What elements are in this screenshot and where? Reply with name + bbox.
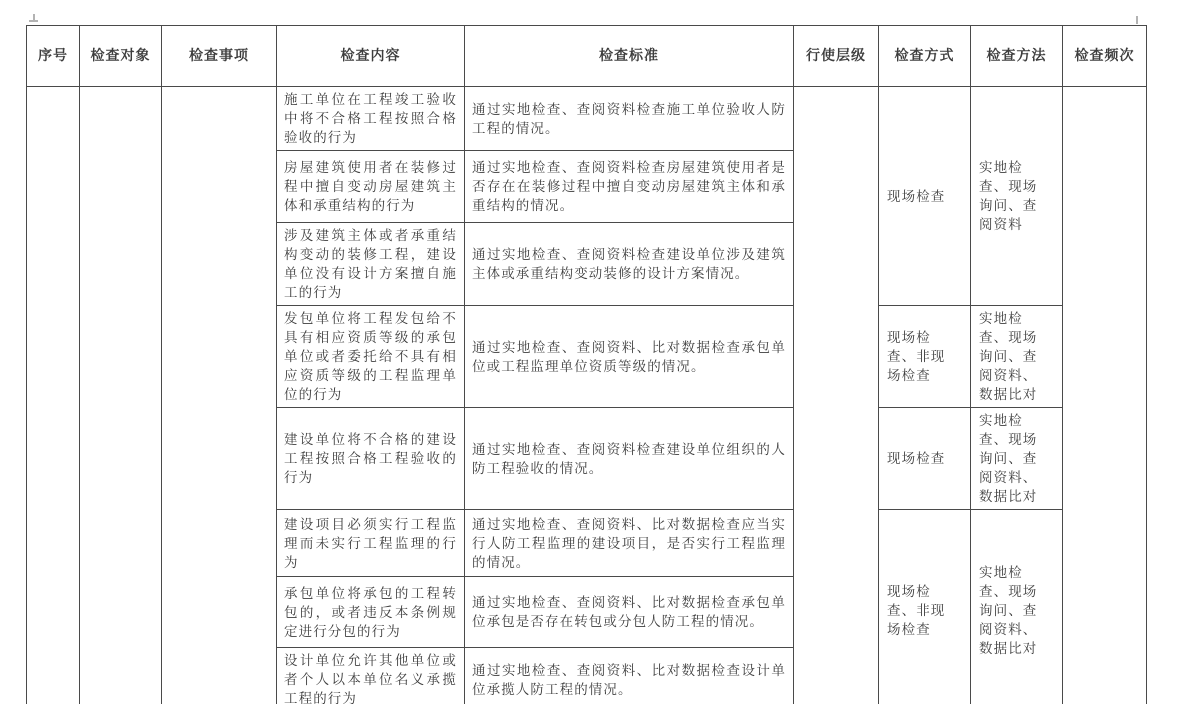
cell-content: 发包单位将工程发包给不具有相应资质等级的承包单位或者委托给不具有相应资质等级的工… bbox=[277, 306, 465, 408]
header-serial: 序号 bbox=[27, 26, 80, 87]
header-method: 检查方法 bbox=[971, 26, 1063, 87]
cell-standard: 通过实地检查、查阅资料检查建设单位组织的人防工程验收的情况。 bbox=[465, 408, 794, 510]
cell-mode-group-4: 现场检查、非现场检查 bbox=[879, 510, 971, 704]
cell-standard: 通过实地检查、查阅资料、比对数据检查承包单位或工程监理单位资质等级的情况。 bbox=[465, 306, 794, 408]
cell-item-merged bbox=[162, 87, 277, 704]
cell-method-group-1: 实地检查、现场询问、查阅资料 bbox=[971, 87, 1063, 306]
cell-standard: 通过实地检查、查阅资料检查房屋建筑使用者是否存在在装修过程中擅自变动房屋建筑主体… bbox=[465, 151, 794, 223]
header-item: 检查事项 bbox=[162, 26, 277, 87]
corner-tick-left-h bbox=[29, 20, 38, 22]
cell-method-group-4: 实地检查、现场询问、查阅资料、数据比对 bbox=[971, 510, 1063, 704]
cell-mode-group-1: 现场检查 bbox=[879, 87, 971, 306]
cell-standard: 通过实地检查、查阅资料检查施工单位验收人防工程的情况。 bbox=[465, 87, 794, 151]
cell-content: 涉及建筑主体或者承重结构变动的装修工程，建设单位没有设计方案擅自施工的行为 bbox=[277, 223, 465, 306]
cell-method-group-2: 实地检查、现场询问、查阅资料、数据比对 bbox=[971, 306, 1063, 408]
cell-serial-merged bbox=[27, 87, 80, 704]
cell-content: 房屋建筑使用者在装修过程中擅自变动房屋建筑主体和承重结构的行为 bbox=[277, 151, 465, 223]
header-frequency: 检查频次 bbox=[1063, 26, 1147, 87]
cell-content: 施工单位在工程竣工验收中将不合格工程按照合格验收的行为 bbox=[277, 87, 465, 151]
cell-frequency-merged bbox=[1063, 87, 1147, 704]
cell-content: 建设单位将不合格的建设工程按照合格工程验收的行为 bbox=[277, 408, 465, 510]
header-object: 检查对象 bbox=[80, 26, 162, 87]
cell-object-merged bbox=[80, 87, 162, 704]
cell-standard: 通过实地检查、查阅资料、比对数据检查应当实行人防工程监理的建设项目，是否实行工程… bbox=[465, 510, 794, 577]
cell-standard: 通过实地检查、查阅资料、比对数据检查承包单位承包是否存在转包或分包人防工程的情况… bbox=[465, 577, 794, 648]
header-standard: 检查标准 bbox=[465, 26, 794, 87]
cell-standard: 通过实地检查、查阅资料、比对数据检查设计单位承揽人防工程的情况。 bbox=[465, 648, 794, 704]
header-level: 行使层级 bbox=[794, 26, 879, 87]
cell-level-merged bbox=[794, 87, 879, 704]
cell-content: 设计单位允许其他单位或者个人以本单位名义承揽工程的行为 bbox=[277, 648, 465, 704]
cell-method-group-3: 实地检查、现场询问、查阅资料、数据比对 bbox=[971, 408, 1063, 510]
cell-content: 承包单位将承包的工程转包的，或者违反本条例规定进行分包的行为 bbox=[277, 577, 465, 648]
cell-content: 建设项目必须实行工程监理而未实行工程监理的行为 bbox=[277, 510, 465, 577]
header-row: 序号 检查对象 检查事项 检查内容 检查标准 行使层级 检查方式 检查方法 检查… bbox=[27, 26, 1147, 87]
inspection-table: 序号 检查对象 检查事项 检查内容 检查标准 行使层级 检查方式 检查方法 检查… bbox=[26, 25, 1147, 704]
header-content: 检查内容 bbox=[277, 26, 465, 87]
header-mode: 检查方式 bbox=[879, 26, 971, 87]
cell-mode-group-3: 现场检查 bbox=[879, 408, 971, 510]
cell-standard: 通过实地检查、查阅资料检查建设单位涉及建筑主体或承重结构变动装修的设计方案情况。 bbox=[465, 223, 794, 306]
document-page: 序号 检查对象 检查事项 检查内容 检查标准 行使层级 检查方式 检查方法 检查… bbox=[0, 0, 1182, 704]
corner-tick-right bbox=[1136, 16, 1138, 24]
table-row: 施工单位在工程竣工验收中将不合格工程按照合格验收的行为 通过实地检查、查阅资料检… bbox=[27, 87, 1147, 151]
cell-mode-group-2: 现场检查、非现场检查 bbox=[879, 306, 971, 408]
